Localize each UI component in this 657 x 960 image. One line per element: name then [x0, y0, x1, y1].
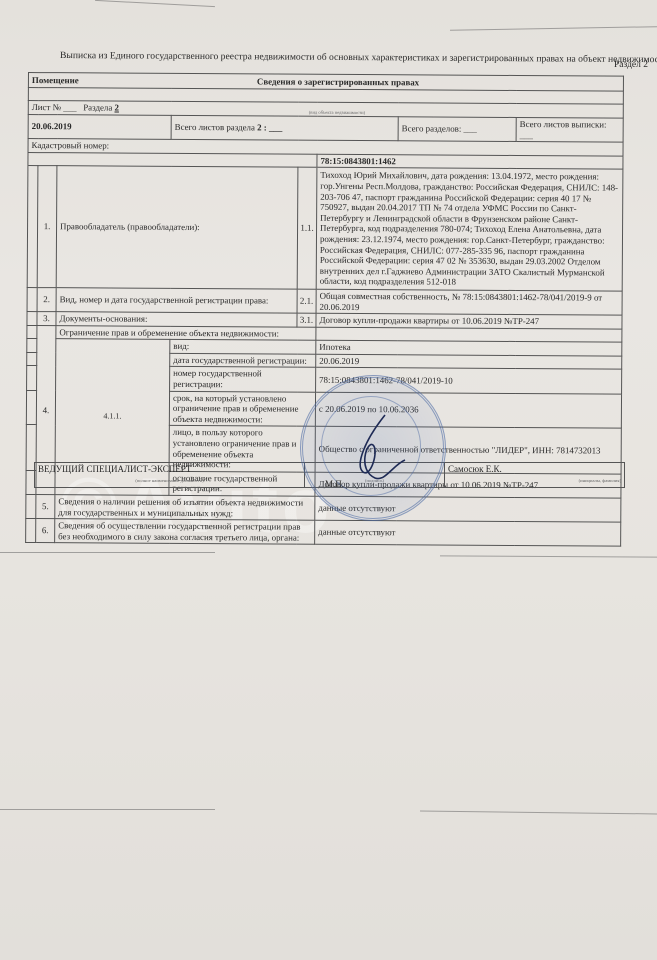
encumbrance-field-label: срок, на который установлено ограничение… [169, 391, 315, 427]
right-holder-value: Тихоход Юрий Михайлович, дата рождения: … [316, 168, 623, 291]
official-position: ВЕДУЩИЙ СПЕЦИАЛИСТ-ЭКСПЕРТ [35, 463, 305, 475]
right-holder-label: Правообладатель (правообладатели): [56, 166, 298, 289]
extract-date: 20.06.2019 [28, 115, 171, 140]
paper-fold-line [450, 26, 657, 31]
row-subnumber: 1.1. [297, 168, 317, 290]
right-registration-label: Вид, номер и дата государственной регист… [56, 288, 297, 314]
section-label: Раздел 2 [614, 60, 648, 70]
object-type-caption: (вид объекта недвижимости) [309, 108, 365, 119]
total-sheets-section: Всего листов раздела 2 : ___ [171, 115, 398, 141]
handwritten-signature [345, 410, 415, 485]
object-type: Помещение [32, 75, 79, 85]
paper-fold-line [0, 552, 215, 553]
total-sections: Всего разделов: ___ [398, 117, 516, 142]
total-sheets-section-label: Всего листов раздела [175, 122, 255, 132]
document-title: Выписка из Единого государственного реес… [60, 50, 657, 65]
total-sheets-extract-label: Всего листов выписки: [520, 119, 607, 130]
seizure-label: Сведения о наличии решения об изъятии об… [55, 495, 315, 521]
position-caption: (полное наименование должности) [35, 475, 305, 488]
row-number: 1. [37, 166, 57, 288]
third-party-consent-label: Сведения об осуществлении государственно… [55, 519, 315, 545]
official-name: Самосюк Е.К. [445, 463, 625, 475]
encumbrance-field-label: дата государственной регистрации: [170, 353, 316, 367]
row-number: 6. [36, 519, 55, 543]
right-registration-value: Общая совместная собственность, № 78:15:… [316, 289, 622, 315]
base-documents-label: Документы-основания: [56, 312, 297, 327]
paper-fold-line [95, 0, 215, 7]
third-party-consent-value: данные отсутствуют [315, 520, 621, 546]
total-sheets-extract-value: ___ [520, 130, 533, 140]
section-heading: Сведения о зарегистрированных правах [257, 76, 419, 88]
stamp-place-label: М.П. [325, 479, 344, 489]
paper-fold-line [0, 809, 215, 810]
encumbrance-field-label: вид: [170, 340, 316, 354]
section-of-value: 2 [114, 103, 118, 113]
sheet-no-label: Лист № [32, 102, 61, 112]
row-subnumber: 3.1. [297, 313, 316, 327]
total-sections-label: Всего разделов: [402, 124, 462, 134]
row-number: 2. [37, 287, 56, 311]
paper-fold-line [420, 811, 657, 815]
section-of-label: Раздела [83, 103, 112, 113]
total-sheets-section-value: 2 : ___ [257, 123, 282, 133]
row-number: 5. [36, 495, 55, 519]
total-sections-value: ___ [464, 124, 477, 134]
name-caption: (инициалы, фамилия) [445, 475, 625, 488]
row-number: 3. [37, 312, 56, 326]
encumbrance-field-label: номер государственной регистрации: [170, 367, 316, 392]
total-sheets-extract: Всего листов выписки: ___ [516, 117, 623, 142]
sheet-no-value: ___ [63, 102, 76, 112]
row-subnumber: 2.1. [297, 289, 316, 313]
paper-fold-line [440, 555, 657, 557]
